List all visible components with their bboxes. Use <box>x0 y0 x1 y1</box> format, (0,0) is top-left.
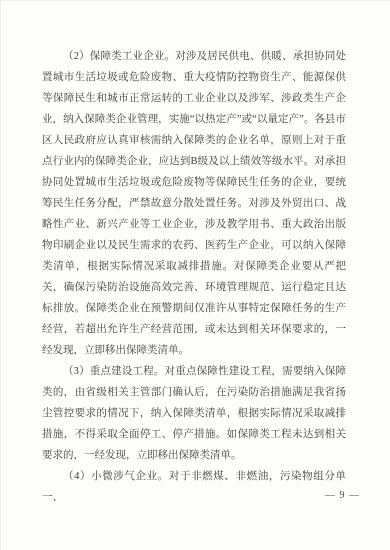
page-number: — 9 — <box>325 488 360 504</box>
paragraph-item-3: （3）重点建设工程。对重点保障性建设工程，需要纳入保障类的，由省级相关主管部门确… <box>42 361 346 466</box>
document-page: （2）保障类工业企业。对涉及居民供电、供暖、承担协同处置城市生活垃圾或危险废物、… <box>0 0 390 550</box>
paragraph-item-4: （4）小微涉气企业。对于非燃煤、非燃油，污染物组分单一、 <box>42 466 346 508</box>
paragraph-item-2: （2）保障类工业企业。对涉及居民供电、供暖、承担协同处置城市生活垃圾或危险废物、… <box>42 46 346 361</box>
document-body: （2）保障类工业企业。对涉及居民供电、供暖、承担协同处置城市生活垃圾或危险废物、… <box>42 46 346 508</box>
